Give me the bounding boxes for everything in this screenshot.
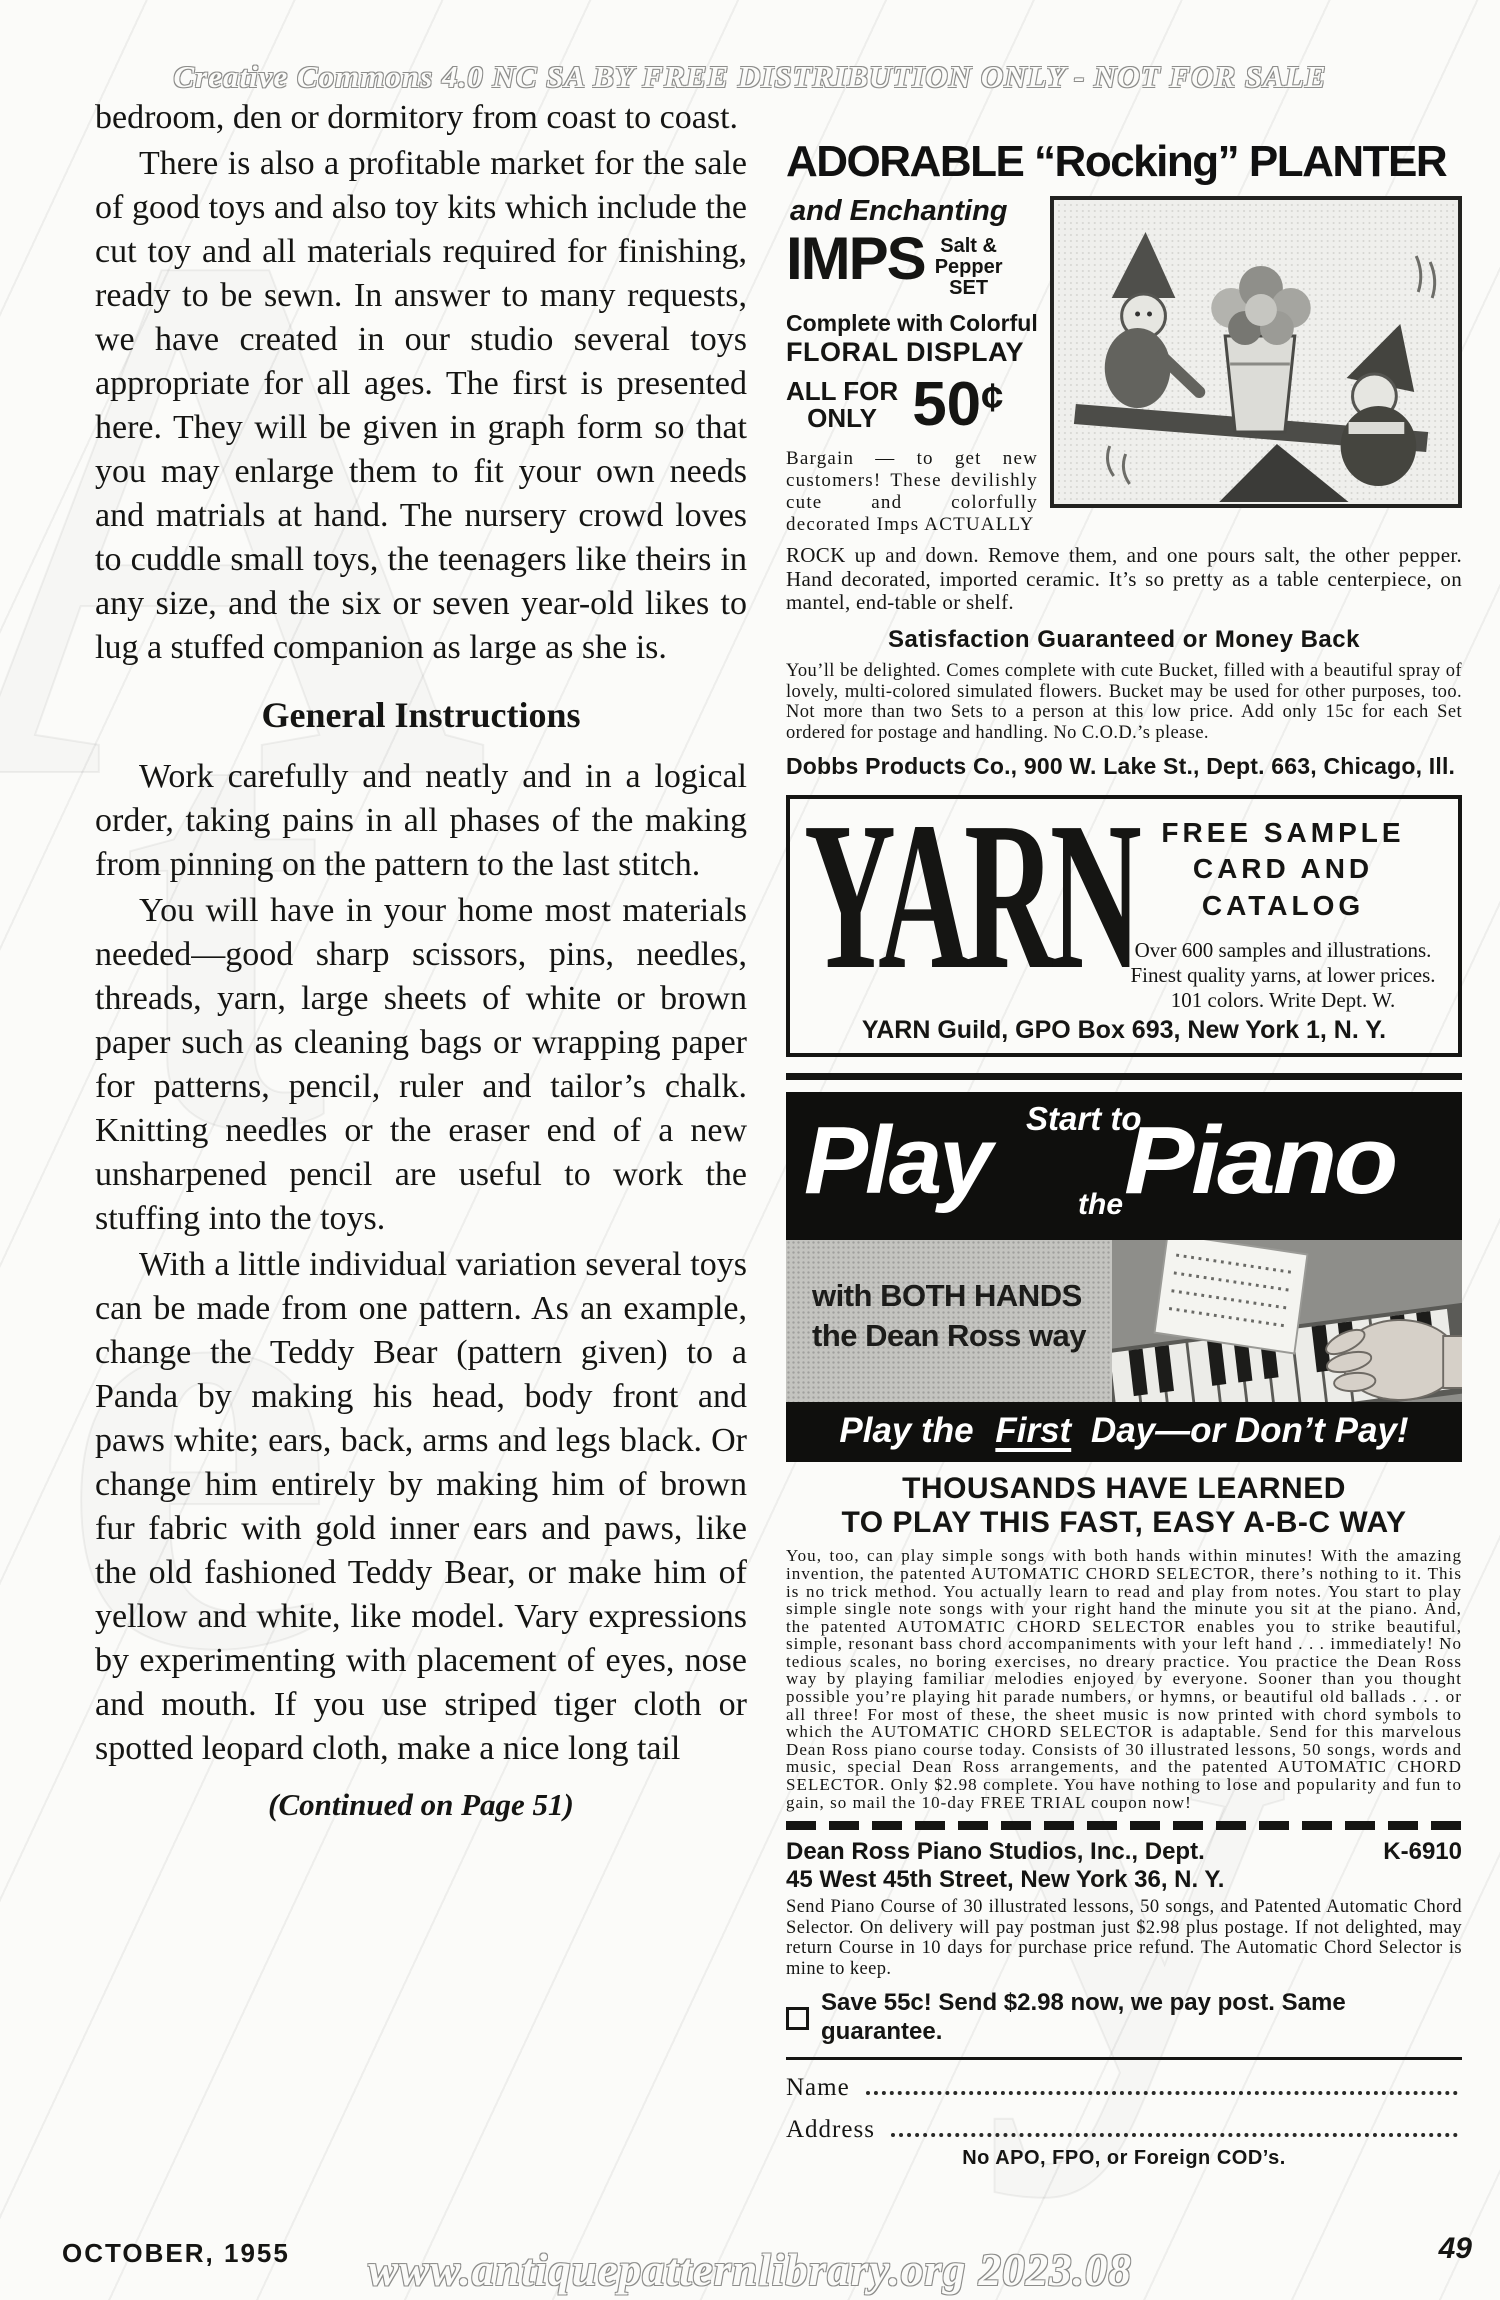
article-paragraph: You will have in your home most material… bbox=[95, 889, 747, 1241]
article-column: bedroom, den or dormitory from coast to … bbox=[95, 96, 747, 1825]
salt-pepper-set-label: Salt & Pepper SET bbox=[935, 232, 1003, 299]
dobbs-address: Dobbs Products Co., 900 W. Lake St., Dep… bbox=[786, 753, 1462, 781]
piano-photo-band: with BOTH HANDS the Dean Ross way bbox=[786, 1240, 1462, 1402]
mail-coupon: Dean Ross Piano Studios, Inc., Dept. K-6… bbox=[786, 1821, 1462, 2170]
coupon-terms: Send Piano Course of 30 illustrated less… bbox=[786, 1897, 1462, 1979]
yarn-wordmark: YARN bbox=[804, 809, 995, 1013]
thousands-heading: THOUSANDS HAVE LEARNED TO PLAY THIS FAST… bbox=[786, 1472, 1462, 1539]
address-label: Address bbox=[786, 2116, 875, 2144]
article-paragraph: bedroom, den or dormitory from coast to … bbox=[95, 96, 747, 140]
piano-title-banner: Play Start to the Piano bbox=[786, 1092, 1462, 1240]
piano-keys-image bbox=[1112, 1240, 1462, 1402]
save-option-label: Save 55c! Send $2.98 now, we pay post. S… bbox=[821, 1989, 1462, 2047]
imps-wordmark: IMPS bbox=[786, 232, 925, 286]
first-day-banner: Play the First Day—or Don’t Pay! bbox=[786, 1402, 1462, 1462]
complete-with-line: Complete with Colorful bbox=[786, 311, 1038, 336]
checkbox-icon bbox=[786, 2007, 809, 2030]
both-hands-block: with BOTH HANDS the Dean Ross way bbox=[786, 1240, 1112, 1402]
ad-column: ADORABLE “Rocking” PLANTER and Enchantin… bbox=[786, 140, 1462, 2170]
coupon-dashed-rule bbox=[786, 1821, 1462, 1830]
rock-up-down-text: ROCK up and down. Remove them, and one p… bbox=[786, 544, 1462, 615]
price: 50¢ bbox=[912, 379, 1003, 432]
planter-offer-block: and Enchanting IMPS Salt & Pepper SET Co… bbox=[786, 196, 1038, 536]
divider-rule bbox=[786, 1073, 1462, 1080]
the-word: the bbox=[1078, 1188, 1123, 1222]
piano-ad: Play Start to the Piano with BOTH HANDS … bbox=[786, 1092, 1462, 2170]
footer-watermark: www.antiquepatternlibrary.org 2023.08 bbox=[0, 2248, 1500, 2293]
bargain-text: Bargain — to get new customers! These de… bbox=[786, 448, 1038, 536]
coupon-street: 45 West 45th Street, New York 36, N. Y. bbox=[786, 1866, 1462, 1894]
dean-ross-way-line: the Dean Ross way bbox=[812, 1316, 1112, 1356]
banner-text: Day—or Don’t Pay! bbox=[1091, 1411, 1409, 1450]
guarantee-text: You’ll be delighted. Comes complete with… bbox=[786, 661, 1462, 743]
article-paragraph: There is also a profitable market for th… bbox=[95, 142, 747, 670]
yarn-body-text: Over 600 samples and illustrations. Fine… bbox=[1122, 938, 1444, 1013]
yarn-ad: YARN FREE SAMPLE CARD AND CATALOG Over 6… bbox=[786, 795, 1462, 1057]
name-dotted-line bbox=[866, 2090, 1458, 2095]
section-heading: General Instructions bbox=[95, 694, 747, 737]
name-label: Name bbox=[786, 2074, 850, 2102]
banner-text: Play the bbox=[839, 1411, 973, 1450]
thousands-heading-line1: THOUSANDS HAVE LEARNED bbox=[786, 1472, 1462, 1506]
yarn-address: YARN Guild, GPO Box 693, New York 1, N. … bbox=[804, 1015, 1444, 1045]
rocking-planter-image bbox=[1050, 196, 1462, 508]
address-dotted-line bbox=[891, 2132, 1458, 2137]
banner-underlined-word: First bbox=[995, 1411, 1071, 1450]
cent-sign: ¢ bbox=[981, 376, 1003, 420]
guarantee-heading: Satisfaction Guaranteed or Money Back bbox=[786, 627, 1462, 653]
rocking-planter-ad: ADORABLE “Rocking” PLANTER and Enchantin… bbox=[786, 140, 1462, 781]
both-hands-line: with BOTH HANDS bbox=[812, 1276, 1112, 1316]
enchanting-subhead: and Enchanting bbox=[790, 196, 1038, 228]
piano-body-text: You, too, can play simple songs with bot… bbox=[786, 1547, 1462, 1811]
article-paragraph: Work carefully and neatly and in a logic… bbox=[95, 755, 747, 887]
continued-note: (Continued on Page 51) bbox=[95, 1785, 747, 1825]
floral-display-line: FLORAL DISPLAY bbox=[786, 338, 1038, 368]
no-apo-note: No APO, FPO, or Foreign COD’s. bbox=[786, 2146, 1462, 2170]
yarn-offer: FREE SAMPLE CARD AND CATALOG bbox=[1122, 815, 1444, 924]
piano-word: Piano bbox=[1124, 1106, 1395, 1216]
coupon-company: Dean Ross Piano Studios, Inc., Dept. bbox=[786, 1838, 1205, 1866]
all-for-only-label: ALL FOR ONLY bbox=[786, 378, 898, 433]
coupon-dept-code: K-6910 bbox=[1383, 1838, 1462, 1866]
play-word: Play bbox=[804, 1106, 989, 1216]
thousands-heading-line2: TO PLAY THIS FAST, EASY A-B-C WAY bbox=[786, 1506, 1462, 1540]
license-notice: Creative Commons 4.0 NC SA BY FREE DISTR… bbox=[0, 58, 1500, 95]
footer-page-number: 49 bbox=[1439, 2234, 1472, 2264]
planter-headline: ADORABLE “Rocking” PLANTER bbox=[786, 140, 1462, 184]
article-paragraph: With a little individual variation sever… bbox=[95, 1243, 747, 1771]
